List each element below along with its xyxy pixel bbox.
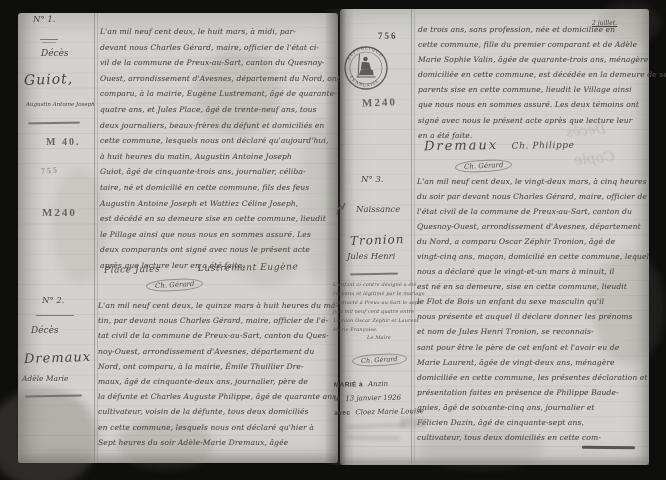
act-line: parents sise en cette commune, lieudit l… [418,82,666,97]
stamp-print-text: MARIÉ à [334,381,363,389]
act-line: du Nord, a comparu Oscar Zéphir Tronion,… [417,234,649,249]
act-line: en cette commune, lesquels nous ont décl… [98,420,339,435]
act-line: présentation faites en présence de Phili… [417,385,649,400]
witness-signature: Place Jules [104,265,161,276]
stamp-print-text: avec [334,410,350,417]
act-line: signé avec nous le présent acte après qu… [418,113,666,128]
act-line: domiciliée en cette commune, est décédée… [418,67,666,82]
act1-margin-name: Guiot, [24,71,74,89]
act-line: Félicien Dazin, âgé de cinquante-sept an… [417,415,649,430]
act3-margin-number: N° 3. [361,175,384,185]
mention-signoff: Le Maire [333,334,425,343]
act-line: Augustin Antoine Joseph et Wattiez Célin… [100,196,340,212]
act-line: est décédé en sa demeure sise en cette c… [100,211,340,227]
act-line: tat civil de la commune de Preux-au-Sart… [98,328,339,343]
margin-divider [36,315,74,316]
act-line: L'an mil neuf cent deux, le vingt-deux m… [417,174,649,189]
mention-line: Marie Françoise. [333,326,425,335]
margin-divider [40,39,58,40]
act-line: le Pillage ainsi que nous nous en sommes… [100,227,340,243]
act2-margin-given-names: Adèle Marie [22,374,68,383]
margin-paraph-mark [335,201,347,217]
act2-death-record-text: L'an mil neuf cent deux, le quinze mars … [98,298,339,450]
act-line: L'an mil neuf cent deux, le quinze mars … [98,298,339,313]
stamp-handwritten-text: Cloez Marie Louise [355,407,424,416]
act-line: Ouest, arrondissement d'Avesnes, départe… [100,71,340,87]
act-line: cultivateur, voisin de la défunte, tous … [98,404,339,419]
stamp-m240-center: M240 [362,96,397,109]
republique-francaise-seal: RÉPUBLIQUE FRANÇAISE [343,45,389,91]
act-line: à huit heures du matin, Augustin Antoine… [100,149,340,165]
act2-witness-signatures: Dremaux Ch. Philippe [424,137,575,155]
act-line: gnies, âgé de soixante-cinq ans, journal… [417,400,649,415]
marriage-stamp-line: avec Cloez Marie Louise [334,403,424,419]
act-line: taire, né et domicilié en cette commune,… [100,180,340,196]
act1-margin-category: Décès [41,49,69,59]
act3-margin-name: Tronion [350,232,405,248]
marriage-mention-stamp: MARIÉ à Anzin le 13 janvier 1926 avec Cl… [334,375,424,419]
closing-rule-stroke [582,446,635,450]
act-line: et nom de Jules Henri Tronion, se reconn… [417,324,649,339]
act2-margin-number: N° 2. [42,296,65,306]
act-line: que nous nous en sommes assuré. Les deux… [418,97,666,112]
stamp-m40: M 40. [46,137,80,148]
faint-page-number-755: 755 [41,165,60,175]
act1-death-record-text: L'an mil neuf cent deux, le huit mars, à… [100,24,340,274]
act-line: est né en sa demeure, sise en cette comm… [417,279,649,294]
act-line: deux comparants ont signé avec nous le p… [100,242,340,258]
stamp-m240-left: M240 [42,207,77,219]
register-scan: N° 1. Décès Guiot, Augustin Antoine Jose… [0,0,666,480]
witness-signature: Dremaux [424,138,498,154]
stamp-handwritten-text: Anzin [368,380,388,388]
act2-continuation-text: de trois ans, sans profession, née et do… [418,22,666,143]
act-line: Marie Sophie Valin, âgée de quarante-tro… [418,52,666,67]
act1-margin-number: N° 1. [33,15,56,25]
act-line: vingt-cinq ans, maçon, domicilié en cett… [417,249,649,264]
stamp-print-text: le [334,396,340,403]
act-line: Quesnoy-Ouest, arrondissement d'Avesnes,… [417,219,649,234]
legitimation-mention: L'enfant ci-contre désigné a été reconnu… [333,281,425,343]
bleedthrough-scribble [400,418,426,428]
act-line: Sept heures du soir Adèle-Marie Dremaux,… [98,435,339,450]
act-line: cultivateur, tous deux domiciliés en cet… [417,430,649,445]
act-line: du soir par devant nous Charles Gérard, … [417,189,649,204]
act-line: comparu, à la mairie, Eugène Lustremant,… [100,86,340,102]
act2-margin-name: Dremaux [24,350,92,367]
act-line: domiciliée en cette commune, les présent… [417,370,649,385]
act-line: quatre ans, et Jules Place, âgé de trent… [100,102,340,118]
act-line: sant pour être le père de cet enfant et … [417,340,649,355]
act2-margin-category: Décès [31,326,59,336]
page-number-756: 756 [378,31,398,41]
act-line: cette commune, lesquels nous ont déclaré… [100,133,340,149]
mention-line: juin mil neuf cent quatre entre [333,308,425,317]
act3-birth-record-text: L'an mil neuf cent deux, le vingt-deux m… [417,174,649,445]
act-line: noy-Ouest, arrondissement d'Avesnes, dép… [98,344,339,359]
mention-line: L'enfant ci-contre désigné a été [333,281,425,290]
act-line: cette commune, fille du premier comparan… [418,37,666,52]
mention-line: reconnu et légitimé par le mariage [333,290,425,299]
act-line: maux, âgé de cinquante-deux ans, journal… [98,374,339,389]
act-line: de trois ans, sans profession, née et do… [418,22,666,37]
act-line: tin, par devant nous Charles Gérard, mai… [98,313,339,328]
act-line: Guiot, âgé de cinquante-trois ans, journ… [100,164,340,180]
act-line: la défunte et Charles Auguste Philippe, … [98,389,339,404]
act-line: vil de la commune de Preux-au-Sart, cant… [100,55,340,71]
act-line: l'état civil de la commune de Preux-au-S… [417,204,649,219]
act-line: nous a déclaré que le vingt-et-un mars à… [417,264,649,279]
act3-margin-given-names: Jules Henri [347,252,395,262]
seal-marianne-figure [357,54,376,77]
interline-insertion-note: 2 juillet. [592,20,617,27]
mention-line: Tronion Oscar Zéphir et Laurent [333,317,425,326]
act1-margin-given-names: Augustin Antoine Joseph [26,102,95,108]
act-line: Nord, ont comparu, à la mairie, Émile Th… [98,359,339,374]
act-line: devant nous Charles Gérard, maire, offic… [100,40,340,56]
paper-stain [52,168,107,283]
act-line: deux journaliers, beaux-frères du défunt… [100,118,340,134]
witness-signature: Ch. Philippe [512,141,575,152]
act-line: L'an mil neuf cent deux, le huit mars, à… [100,24,340,40]
act-line: nous présente et auquel il déclare donne… [417,309,649,324]
act-line: Marie Laurent, âgée de vingt-deux ans, m… [417,355,649,370]
witness-signature: Lustremant Eugène [198,262,299,274]
act-line: le Flot de Bois un enfant du sexe mascul… [417,294,649,309]
mention-line: contracté à Preux-au-Sart le sept [333,299,425,308]
margin-divider [42,42,56,43]
act3-margin-category: Naissance [356,205,400,215]
